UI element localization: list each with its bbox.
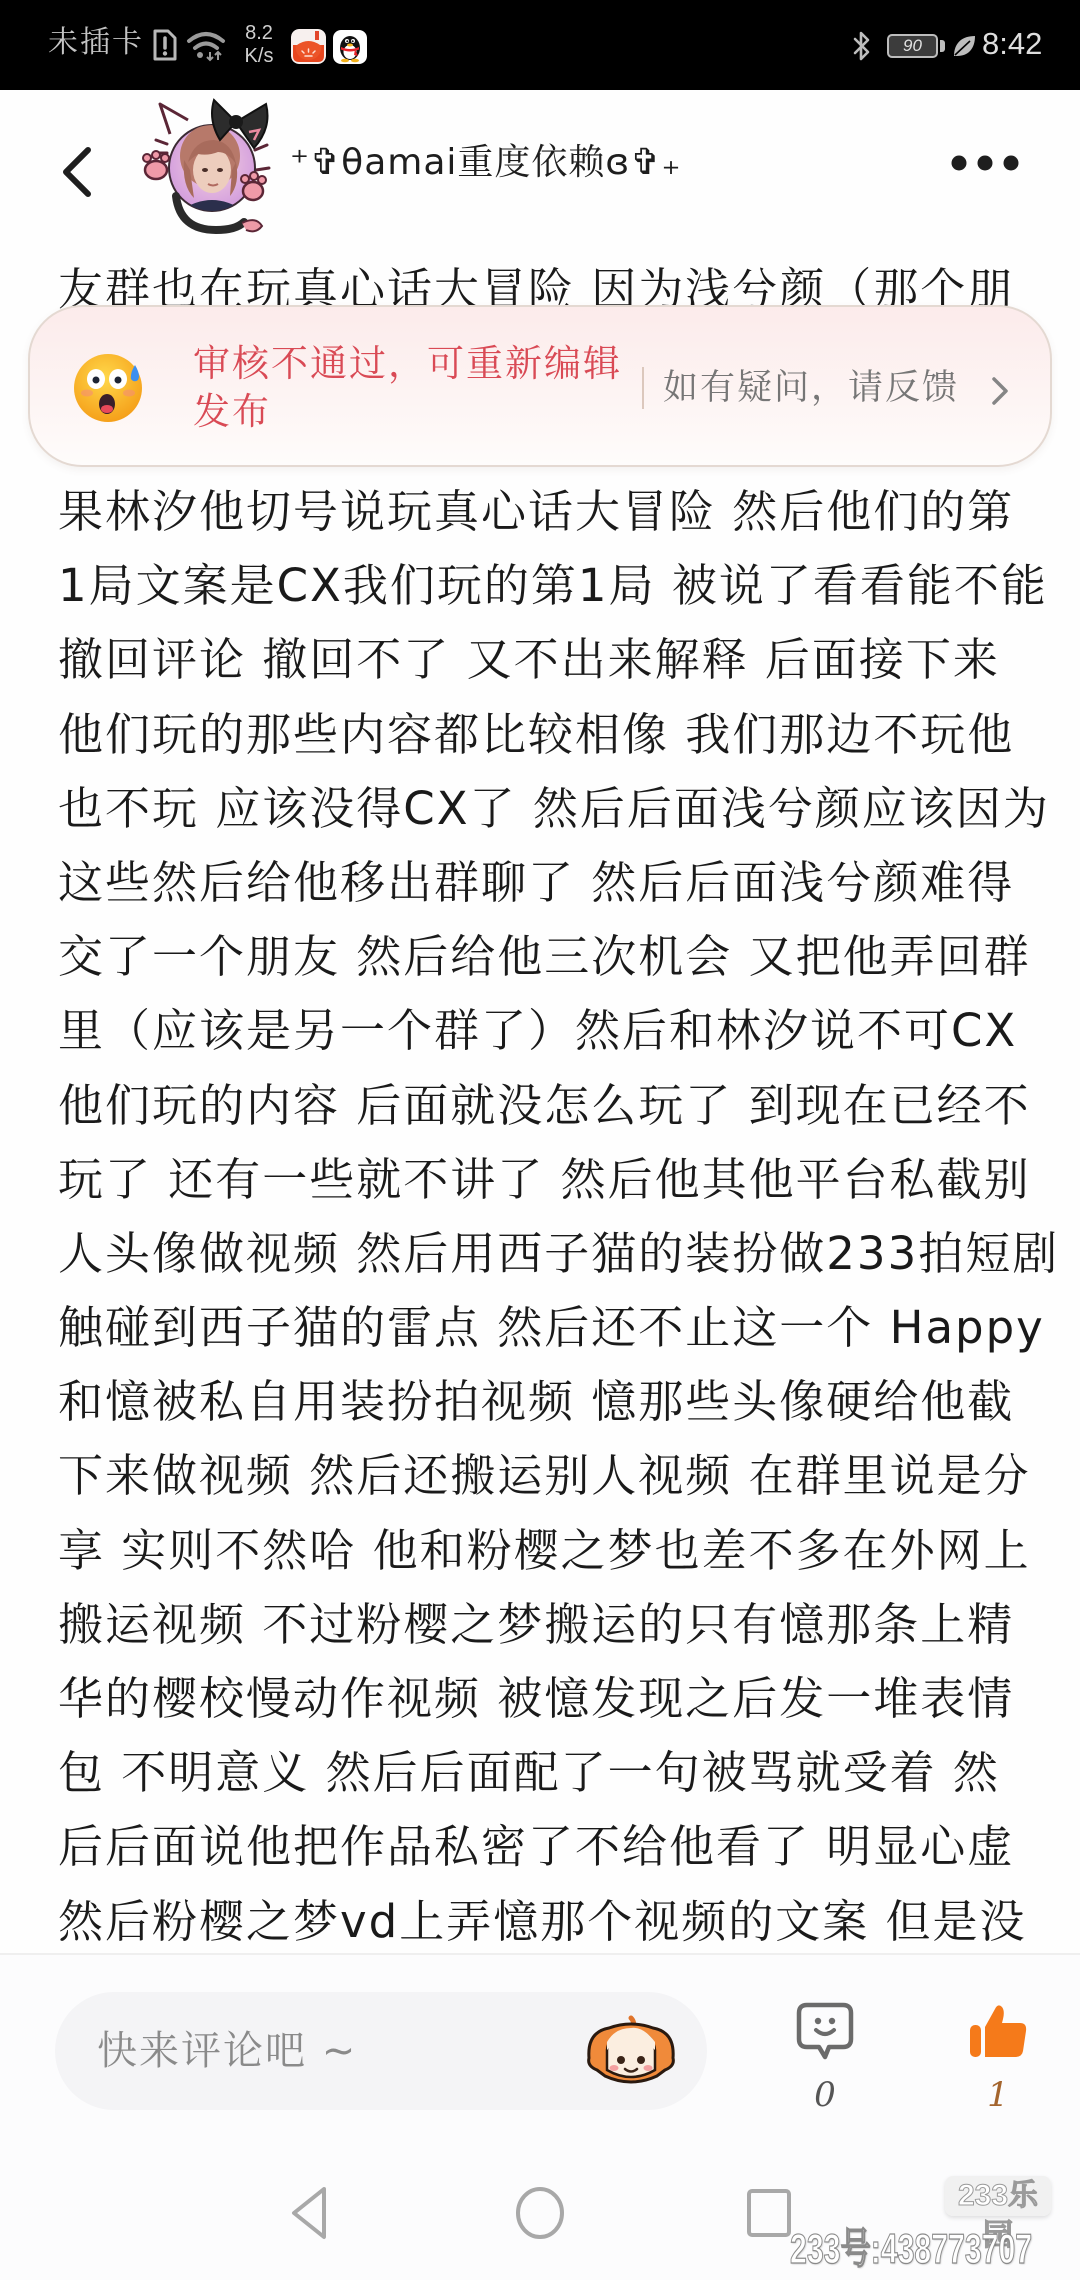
comment-count: 0 bbox=[795, 2073, 855, 2117]
net-speed-value: 8.2 bbox=[241, 22, 277, 45]
post-text-line: 搬运视频 不过粉樱之梦搬运的只有憶那条上精 bbox=[58, 1588, 1059, 1662]
cat-frame-avatar-icon bbox=[136, 90, 286, 240]
post-text-line: 他们玩的那些内容都比较相像 我们那边不玩他 bbox=[58, 698, 1059, 772]
back-button[interactable] bbox=[56, 144, 98, 200]
username[interactable]: ⁺✞θamai重度依赖ɞ✞₊ bbox=[290, 140, 681, 186]
battery-level: 90 bbox=[889, 36, 936, 56]
sim-alert-icon bbox=[152, 28, 178, 62]
watermark-brand-badge: 233乐园 bbox=[945, 2176, 1051, 2216]
nav-recents-button[interactable] bbox=[745, 2185, 795, 2241]
post-header: ⁺✞θamai重度依赖ɞ✞₊ bbox=[0, 90, 1080, 252]
status-bar: 未插卡 8.2 K/s bbox=[0, 0, 1080, 90]
post-text-line: 交了一个朋友 然后给他三次机会 又把他弄回群 bbox=[58, 920, 1059, 994]
recents-square-icon bbox=[745, 2185, 795, 2241]
net-speed-unit: K/s bbox=[241, 45, 277, 68]
post-text-line: 他们玩的内容 后面就没怎么玩了 到现在已经不 bbox=[58, 1069, 1059, 1143]
mascot-emoji-icon bbox=[583, 2014, 679, 2092]
watermark-id: 233号:438773707 bbox=[790, 2226, 1006, 2272]
mascot-emoji-button[interactable] bbox=[583, 2014, 679, 2092]
chevron-right-icon[interactable] bbox=[988, 371, 1012, 411]
post-body: 果林汐他切号说玩真心话大冒险 然后他们的第 1局文案是CX我们玩的第1局 被说了… bbox=[58, 475, 1059, 1959]
clock: 8:42 bbox=[982, 24, 1042, 64]
post-text-line: 人头像做视频 然后用西子猫的装扮做233拍短剧 bbox=[58, 1217, 1059, 1291]
tomato-novel-app-icon bbox=[291, 29, 326, 64]
nav-back-button[interactable] bbox=[288, 2185, 332, 2241]
shocked-sweat-emoji-icon bbox=[72, 351, 144, 423]
like-button[interactable] bbox=[968, 2003, 1030, 2061]
comment-input-placeholder: 快来评论吧 ~ bbox=[97, 2026, 357, 2076]
back-triangle-icon bbox=[288, 2185, 332, 2241]
feedback-link[interactable]: 如有疑问，请反馈 bbox=[663, 364, 959, 412]
like-count: 1 bbox=[968, 2073, 1028, 2117]
carrier-label: 未插卡 bbox=[48, 23, 144, 63]
post-text-line: 和憶被私自用装扮拍视频 憶那些头像硬给他截 bbox=[58, 1365, 1059, 1439]
post-text-line: 触碰到西子猫的雷点 然后还不止这一个 Happy bbox=[58, 1291, 1059, 1365]
qq-app-icon bbox=[333, 30, 367, 64]
review-rejected-banner[interactable]: 审核不通过，可重新编辑发布 如有疑问，请反馈 bbox=[28, 305, 1052, 467]
right-paw bbox=[241, 172, 266, 200]
post-text-line: 1局文案是CX我们玩的第1局 被说了看看能不能 bbox=[58, 549, 1059, 623]
nav-home-button[interactable] bbox=[514, 2185, 566, 2241]
post-text-line: 包 不明意义 然后后面配了一句被骂就受着 然 bbox=[58, 1736, 1059, 1810]
post-text-line: 玩了 还有一些就不讲了 然后他其他平台私截别 bbox=[58, 1143, 1059, 1217]
home-circle-icon bbox=[514, 2185, 566, 2241]
chevron-left-icon bbox=[56, 144, 98, 200]
thumbs-up-icon bbox=[968, 2003, 1030, 2061]
post-text-line: 下来做视频 然后还搬运别人视频 在群里说是分 bbox=[58, 1439, 1059, 1513]
battery-icon: 90 bbox=[887, 34, 938, 58]
bluetooth-icon bbox=[850, 30, 874, 62]
comment-button[interactable] bbox=[795, 2001, 855, 2061]
review-status-text[interactable]: 审核不通过，可重新编辑发布 bbox=[193, 340, 643, 436]
post-text-line: 然后粉樱之梦vd上弄憶那个视频的文案 但是没 bbox=[58, 1885, 1059, 1959]
comment-bubble-icon bbox=[795, 2001, 855, 2061]
post-text-line: 这些然后给他移出群聊了 然后后面浅兮颜难得 bbox=[58, 846, 1059, 920]
wifi-icon bbox=[186, 30, 226, 62]
post-text-line: 后后面说他把作品私密了不给他看了 明显心虚 bbox=[58, 1810, 1059, 1884]
net-speed: 8.2 K/s bbox=[241, 22, 277, 68]
post-text-line: 华的樱校慢动作视频 被憶发现之后发一堆表情 bbox=[58, 1662, 1059, 1736]
screen: 未插卡 8.2 K/s bbox=[0, 0, 1080, 2280]
post-text-line: 果林汐他切号说玩真心话大冒险 然后他们的第 bbox=[58, 475, 1059, 549]
battery-tip bbox=[940, 40, 945, 52]
divider bbox=[642, 367, 644, 409]
post-text-line: 也不玩 应该没得CX了 然后后面浅兮颜应该因为 bbox=[58, 772, 1059, 846]
avatar[interactable] bbox=[136, 90, 286, 240]
left-paw bbox=[143, 151, 169, 179]
more-dots-icon bbox=[950, 154, 1022, 172]
more-button[interactable] bbox=[950, 154, 1022, 172]
post-text-line: 享 实则不然哈 他和粉樱之梦也差不多在外网上 bbox=[58, 1514, 1059, 1588]
power-saving-leaf-icon bbox=[951, 33, 977, 59]
post-text-line: 里（应该是另一个群了）然后和林汐说不可CX bbox=[58, 994, 1059, 1068]
comment-input[interactable]: 快来评论吧 ~ bbox=[55, 1992, 707, 2110]
comment-bar: 快来评论吧 ~ bbox=[0, 1953, 1080, 2145]
post-text-line: 撤回评论 撤回不了 又不出来解释 后面接下来 bbox=[58, 623, 1059, 697]
